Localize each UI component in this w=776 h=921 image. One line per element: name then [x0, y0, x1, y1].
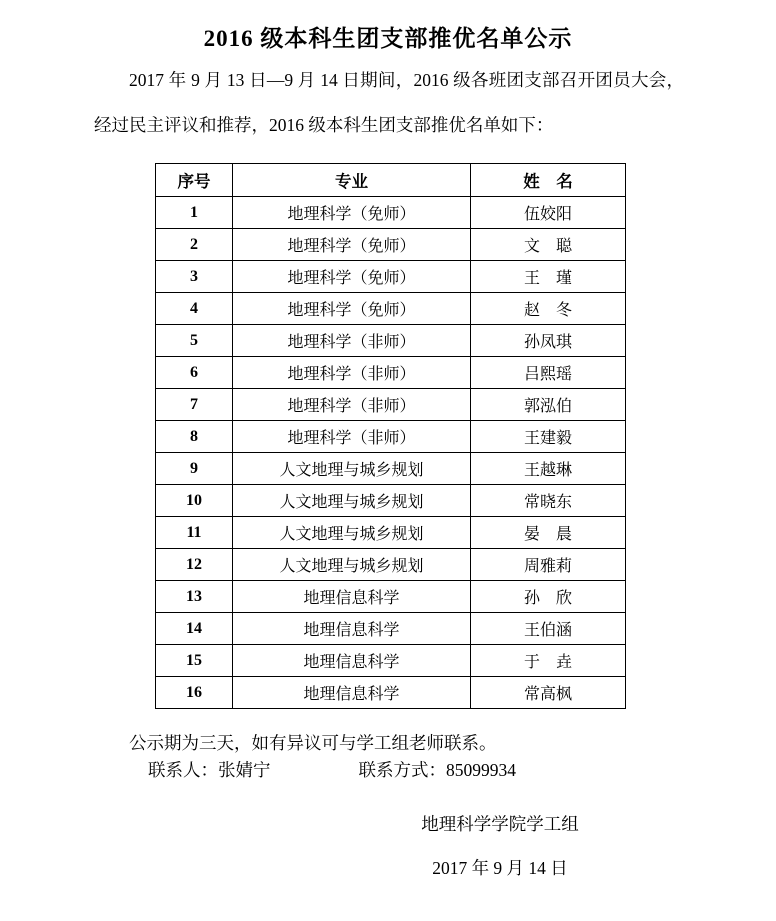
row-name: 晏 晨: [471, 517, 626, 549]
row-name: 周雅莉: [471, 549, 626, 581]
intro-paragraph: 2017 年 9 月 13 日—9 月 14 日期间，2016 级各班团支部召开…: [94, 58, 684, 148]
row-number: 15: [156, 645, 233, 677]
table-row: 14地理信息科学王伯涵: [156, 613, 626, 645]
table-row: 4地理科学（免师）赵 冬: [156, 293, 626, 325]
column-header-number: 序号: [156, 164, 233, 197]
table-row: 13地理信息科学孙 欣: [156, 581, 626, 613]
row-number: 6: [156, 357, 233, 389]
row-major: 地理科学（非师）: [233, 357, 471, 389]
column-header-major: 专业: [233, 164, 471, 197]
row-major: 地理信息科学: [233, 581, 471, 613]
contact-person: 联系人：张婧宁: [148, 760, 271, 780]
row-number: 11: [156, 517, 233, 549]
row-name: 孙 欣: [471, 581, 626, 613]
row-number: 10: [156, 485, 233, 517]
row-number: 3: [156, 261, 233, 293]
row-major: 人文地理与城乡规划: [233, 517, 471, 549]
table-row: 16地理信息科学常高枫: [156, 677, 626, 709]
roster-table: 序号 专业 姓 名 1地理科学（免师）伍姣阳2地理科学（免师）文 聪3地理科学（…: [155, 163, 626, 709]
table-row: 8地理科学（非师）王建毅: [156, 421, 626, 453]
row-major: 地理科学（非师）: [233, 325, 471, 357]
row-number: 14: [156, 613, 233, 645]
column-header-name: 姓 名: [471, 164, 626, 197]
row-number: 4: [156, 293, 233, 325]
contact-line: 联系人：张婧宁联系方式：85099934: [148, 757, 516, 782]
row-major: 地理科学（非师）: [233, 389, 471, 421]
row-number: 16: [156, 677, 233, 709]
row-name: 文 聪: [471, 229, 626, 261]
row-number: 2: [156, 229, 233, 261]
table-row: 9人文地理与城乡规划王越琳: [156, 453, 626, 485]
table-row: 3地理科学（免师）王 瑾: [156, 261, 626, 293]
table-row: 1地理科学（免师）伍姣阳: [156, 197, 626, 229]
row-name: 王 瑾: [471, 261, 626, 293]
table-row: 5地理科学（非师）孙凤琪: [156, 325, 626, 357]
row-number: 1: [156, 197, 233, 229]
row-number: 12: [156, 549, 233, 581]
signature: 地理科学学院学工组: [340, 812, 660, 836]
row-name: 王建毅: [471, 421, 626, 453]
contact-method: 联系方式：85099934: [359, 760, 517, 780]
note-paragraph: 公示期为三天，如有异议可与学工组老师联系。: [94, 730, 684, 755]
row-major: 人文地理与城乡规划: [233, 453, 471, 485]
page-title: 2016 级本科生团支部推优名单公示: [0, 20, 776, 53]
row-name: 赵 冬: [471, 293, 626, 325]
table-row: 12人文地理与城乡规划周雅莉: [156, 549, 626, 581]
row-name: 孙凤琪: [471, 325, 626, 357]
row-number: 9: [156, 453, 233, 485]
row-name: 于 垚: [471, 645, 626, 677]
row-major: 人文地理与城乡规划: [233, 485, 471, 517]
row-name: 王伯涵: [471, 613, 626, 645]
table-row: 6地理科学（非师）吕熙瑶: [156, 357, 626, 389]
row-name: 吕熙瑶: [471, 357, 626, 389]
row-major: 地理科学（免师）: [233, 197, 471, 229]
row-major: 地理信息科学: [233, 677, 471, 709]
table-row: 11人文地理与城乡规划晏 晨: [156, 517, 626, 549]
row-major: 地理科学（免师）: [233, 293, 471, 325]
row-name: 王越琳: [471, 453, 626, 485]
row-name: 常晓东: [471, 485, 626, 517]
row-number: 5: [156, 325, 233, 357]
signature-block: 地理科学学院学工组 2017 年 9 月 14 日: [340, 812, 660, 880]
row-name: 常高枫: [471, 677, 626, 709]
table-row: 2地理科学（免师）文 聪: [156, 229, 626, 261]
row-major: 地理信息科学: [233, 645, 471, 677]
table-row: 10人文地理与城乡规划常晓东: [156, 485, 626, 517]
table-header-row: 序号 专业 姓 名: [156, 164, 626, 197]
row-number: 13: [156, 581, 233, 613]
row-name: 郭泓伯: [471, 389, 626, 421]
row-major: 地理科学（免师）: [233, 261, 471, 293]
row-major: 人文地理与城乡规划: [233, 549, 471, 581]
table-body: 1地理科学（免师）伍姣阳2地理科学（免师）文 聪3地理科学（免师）王 瑾4地理科…: [156, 197, 626, 709]
row-number: 7: [156, 389, 233, 421]
table-row: 15地理信息科学于 垚: [156, 645, 626, 677]
row-number: 8: [156, 421, 233, 453]
row-major: 地理科学（免师）: [233, 229, 471, 261]
announcement-document: 2016 级本科生团支部推优名单公示 2017 年 9 月 13 日—9 月 1…: [0, 0, 776, 921]
table-row: 7地理科学（非师）郭泓伯: [156, 389, 626, 421]
signature-date: 2017 年 9 月 14 日: [340, 856, 660, 880]
row-major: 地理信息科学: [233, 613, 471, 645]
row-major: 地理科学（非师）: [233, 421, 471, 453]
row-name: 伍姣阳: [471, 197, 626, 229]
